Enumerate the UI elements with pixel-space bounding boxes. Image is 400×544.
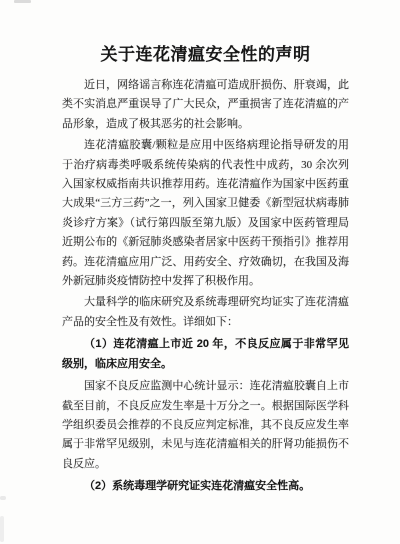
document-title: 关于连花清瘟安全性的声明 <box>62 45 349 65</box>
paragraph-adr-statistics: 国家不良反应监测中心统计显示：连花清瘟胶囊自上市截至目前，不良反应发生率是十万分… <box>62 377 349 474</box>
paragraph-rumor-intro: 近日，网络谣言称连花清瘟可造成肝损伤、肝衰竭，此类不实消息严重误导了广大民众，严… <box>62 76 349 134</box>
heading-point-2-toxicology-safety: （2）系统毒理学研究证实连花清瘟安全性高。 <box>62 477 349 496</box>
paragraph-product-background: 连花清瘟胶囊/颗粒是应用中医络病理论指导研发的用于治疗病毒类呼吸系统传染病的代表… <box>62 136 349 291</box>
scan-artifact-bottom-left-speck <box>0 496 6 500</box>
statement-body: 关于连花清瘟安全性的声明 近日，网络谣言称连花清瘟可造成肝损伤、肝衰竭，此类不实… <box>62 45 349 500</box>
document-page: 关于连花清瘟安全性的声明 近日，网络谣言称连花清瘟可造成肝损伤、肝衰竭，此类不实… <box>0 0 400 544</box>
scan-artifact-left-edge-speck <box>0 516 4 542</box>
scan-artifact-top-smudge <box>14 0 31 3</box>
heading-point-1-adverse-reaction-rarity: （1）连花清瘟上市近 20 年，不良反应属于非常罕见级别，临床应用安全。 <box>62 335 349 374</box>
paragraph-research-leadin: 大量科学的临床研究及系统毒理研究均证实了连花清瘟产品的安全性及有效性。详细如下： <box>62 293 349 332</box>
